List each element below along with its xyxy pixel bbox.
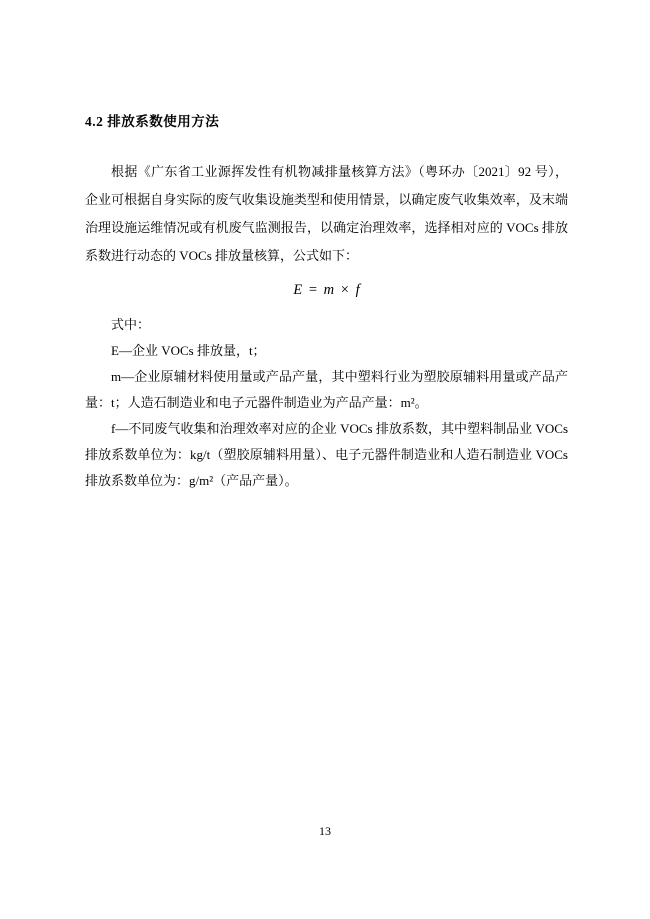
formula-variable-E: E — [293, 282, 302, 298]
formula-multiply-sign: × — [338, 282, 352, 298]
document-page: 4.2 排放系数使用方法 根据《广东省工业源挥发性有机物减排量核算方法》（粤环办… — [0, 0, 650, 919]
page-content: 4.2 排放系数使用方法 根据《广东省工业源挥发性有机物减排量核算方法》（粤环办… — [85, 113, 568, 494]
definition-E: E—企业 VOCs 排放量，t； — [85, 338, 568, 364]
formula-equals-sign: = — [306, 282, 320, 298]
formula-variable-f: f — [356, 282, 360, 298]
emission-formula: E = m × f — [85, 279, 568, 301]
page-number: 13 — [0, 823, 650, 839]
intro-paragraph: 根据《广东省工业源挥发性有机物减排量核算方法》（粤环办〔2021〕92 号），企… — [85, 158, 568, 270]
definition-f: f—不同废气收集和治理效率对应的企业 VOCs 排放系数，其中塑料制品业 VOC… — [85, 416, 568, 494]
definition-m: m—企业原辅材料使用量或产品产量，其中塑料行业为塑胶原辅料用量或产品产量：t；人… — [85, 364, 568, 416]
where-label: 式中： — [85, 312, 568, 338]
section-heading: 4.2 排放系数使用方法 — [85, 113, 568, 131]
formula-variable-m: m — [324, 282, 334, 298]
